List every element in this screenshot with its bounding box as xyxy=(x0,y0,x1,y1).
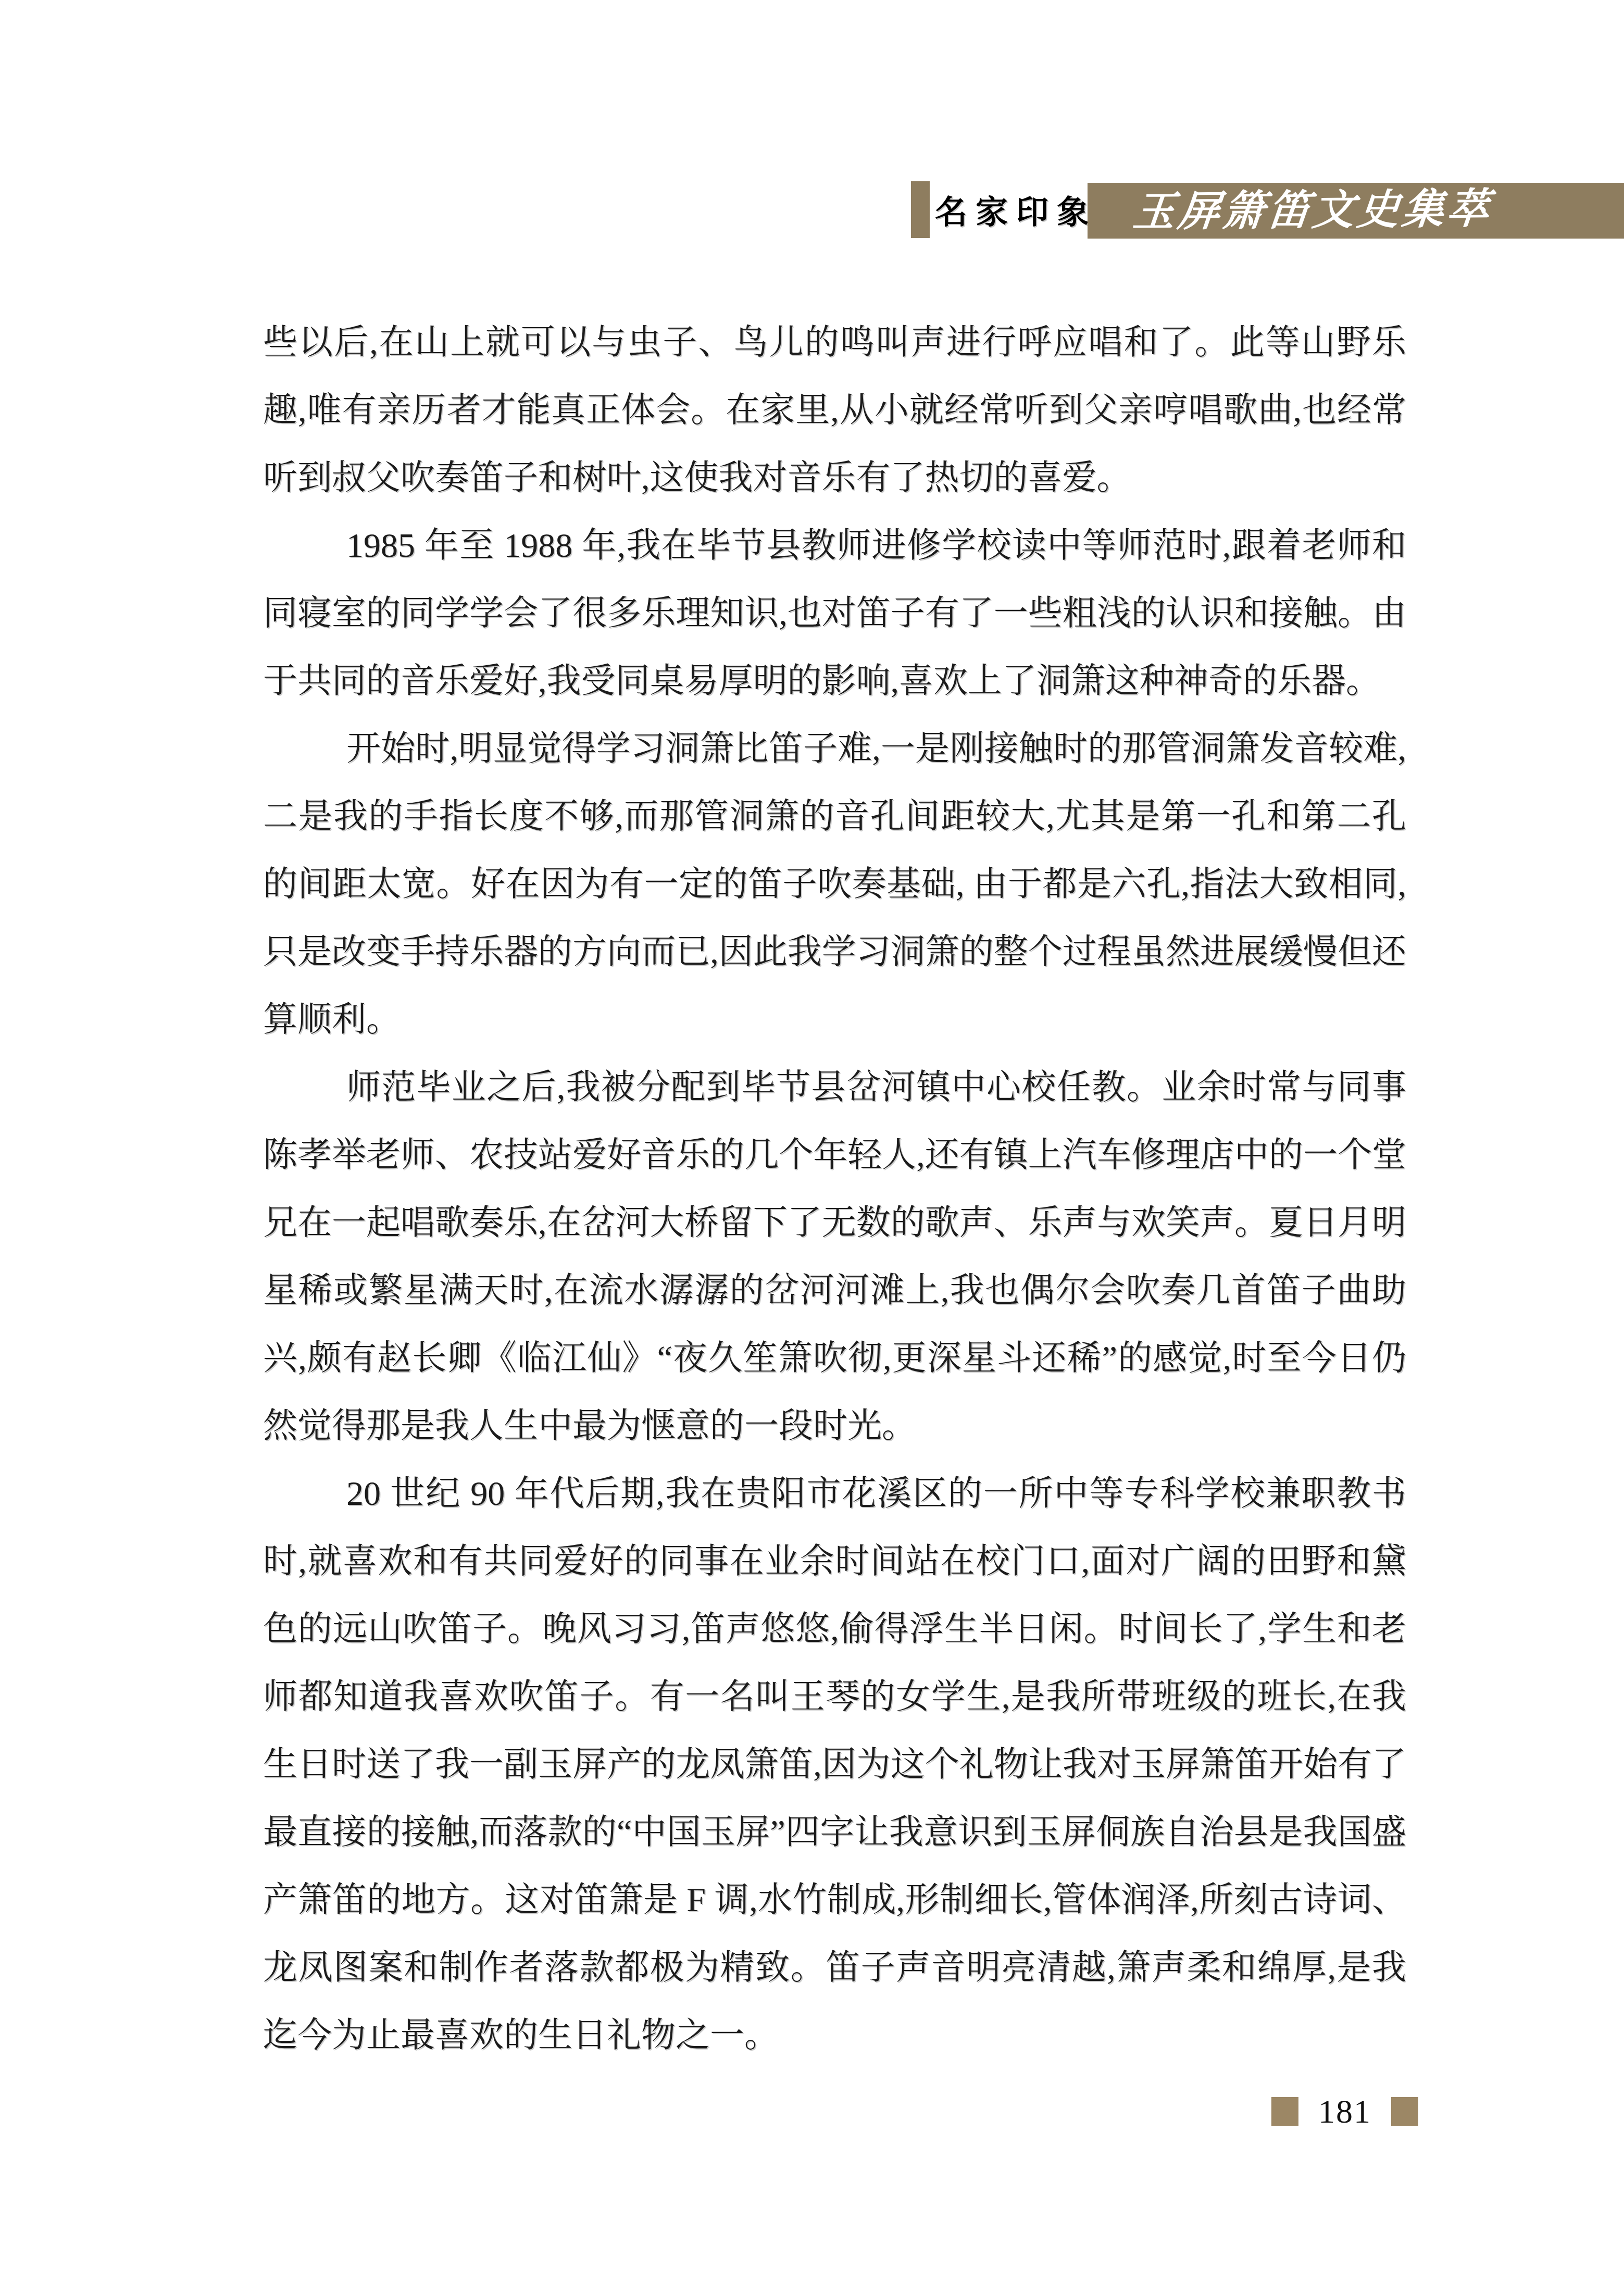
page-number: 181 xyxy=(1318,2097,1371,2126)
header-accent-bar xyxy=(911,181,930,238)
header-banner: 玉屏箫笛文史集萃 xyxy=(1088,183,1624,239)
page-footer: 181 xyxy=(1271,2097,1418,2126)
paragraph: 开始时,明显觉得学习洞箫比笛子难,一是刚接触时的那管洞箫发音较难,二是我的手指长… xyxy=(263,715,1406,1054)
paragraph: 1985 年至 1988 年,我在毕节县教师进修学校读中等师范时,跟着老师和同寝… xyxy=(263,512,1406,715)
footer-square-left xyxy=(1271,2097,1298,2126)
book-page: 名家印象 玉屏箫笛文史集萃 些以后,在山上就可以与虫子、鸟儿的鸣叫声进行呼应唱和… xyxy=(0,0,1624,2269)
footer-square-right xyxy=(1391,2097,1418,2126)
paragraph: 20 世纪 90 年代后期,我在贵阳市花溪区的一所中等专科学校兼职教书时,就喜欢… xyxy=(263,1460,1406,2069)
banner-calligraphy-title: 玉屏箫笛文史集萃 xyxy=(1131,188,1494,233)
paragraph: 师范毕业之后,我被分配到毕节县岔河镇中心校任教。业余时常与同事陈孝举老师、农技站… xyxy=(263,1054,1406,1460)
paragraph: 些以后,在山上就可以与虫子、鸟儿的鸣叫声进行呼应唱和了。此等山野乐趣,唯有亲历者… xyxy=(263,309,1406,512)
article-body: 些以后,在山上就可以与虫子、鸟儿的鸣叫声进行呼应唱和了。此等山野乐趣,唯有亲历者… xyxy=(263,309,1406,2069)
section-label: 名家印象 xyxy=(935,181,1097,238)
